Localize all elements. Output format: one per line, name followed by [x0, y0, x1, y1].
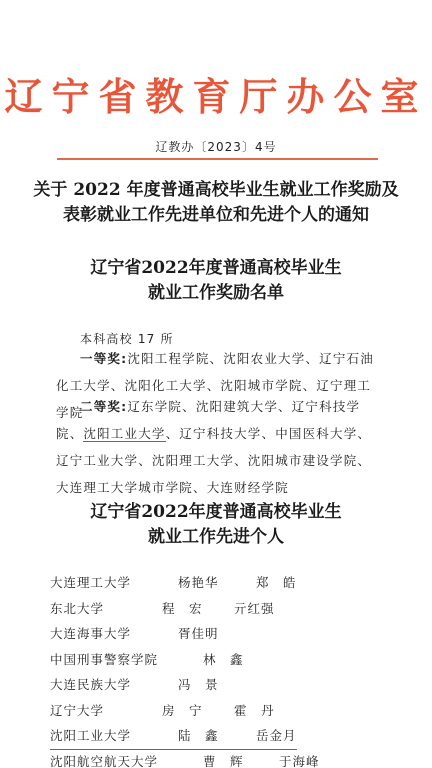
person-name: 胥佳明: [178, 621, 219, 647]
individuals-title-line-2: 就业工作先进个人: [0, 525, 432, 550]
award-list-title: 辽宁省2022年度普通高校毕业生 就业工作奖励名单: [0, 256, 432, 306]
person-name: 曹 辉: [203, 749, 261, 768]
list-item: 辽宁大学房 宁霍 丹: [50, 698, 320, 724]
list-item-highlighted: 沈阳工业大学陆 鑫岳金月: [50, 723, 320, 749]
person-name: 于海峰: [279, 749, 320, 768]
highlighted-university: 沈阳工业大学: [83, 426, 165, 442]
person-org: 沈阳工业大学: [50, 723, 160, 749]
list-item: 沈阳航空航天大学曹 辉于海峰: [50, 749, 320, 768]
person-name: 郑 皓: [256, 570, 297, 596]
person-name: 霍 丹: [234, 698, 275, 724]
individuals-title: 辽宁省2022年度普通高校毕业生 就业工作先进个人: [0, 500, 432, 550]
person-name: 陆 鑫: [178, 723, 238, 749]
award-list-title-line-2: 就业工作奖励名单: [0, 281, 432, 306]
notice-title-line-1: 关于 2022 年度普通高校毕业生就业工作奖励及: [0, 178, 432, 203]
highlight-underline: 沈阳工业大学陆 鑫岳金月: [50, 723, 297, 750]
person-name: 冯 景: [178, 672, 219, 698]
person-name: 亓红强: [234, 596, 275, 622]
list-item: 大连海事大学胥佳明: [50, 621, 320, 647]
person-name: 林 鑫: [203, 647, 244, 673]
document-number: 辽教办〔2023〕4号: [0, 138, 432, 155]
person-org: 大连理工大学: [50, 570, 160, 596]
person-org: 大连民族大学: [50, 672, 160, 698]
notice-title-line-2: 表彰就业工作先进单位和先进个人的通知: [0, 203, 432, 228]
list-item: 大连理工大学杨艳华郑 皓: [50, 570, 320, 596]
person-org: 辽宁大学: [50, 698, 144, 724]
first-prize-label: 一等奖:: [80, 351, 127, 366]
issuer-title: 辽宁省教育厅办公室: [0, 66, 432, 121]
person-name: 岳金月: [256, 723, 297, 749]
red-divider-line: [57, 158, 378, 160]
list-item: 中国刑事警察学院林 鑫: [50, 647, 320, 673]
individuals-title-line-1: 辽宁省2022年度普通高校毕业生: [0, 500, 432, 525]
individuals-list: 大连理工大学杨艳华郑 皓 东北大学程 宏亓红强 大连海事大学胥佳明 中国刑事警察…: [50, 570, 320, 768]
person-org: 中国刑事警察学院: [50, 647, 185, 673]
person-org: 东北大学: [50, 596, 144, 622]
list-item: 大连民族大学冯 景: [50, 672, 320, 698]
second-prize-label: 二等奖:: [80, 399, 127, 414]
award-list-title-line-1: 辽宁省2022年度普通高校毕业生: [0, 256, 432, 281]
list-item: 东北大学程 宏亓红强: [50, 596, 320, 622]
notice-title: 关于 2022 年度普通高校毕业生就业工作奖励及 表彰就业工作先进单位和先进个人…: [0, 178, 432, 228]
second-prize-paragraph: 二等奖:辽东学院、沈阳建筑大学、辽宁科技学院、沈阳工业大学、辽宁科技大学、中国医…: [56, 393, 378, 501]
person-name: 程 宏: [162, 596, 216, 622]
person-name: 房 宁: [162, 698, 216, 724]
person-name: 杨艳华: [178, 570, 238, 596]
person-org: 大连海事大学: [50, 621, 160, 647]
person-org: 沈阳航空航天大学: [50, 749, 185, 768]
